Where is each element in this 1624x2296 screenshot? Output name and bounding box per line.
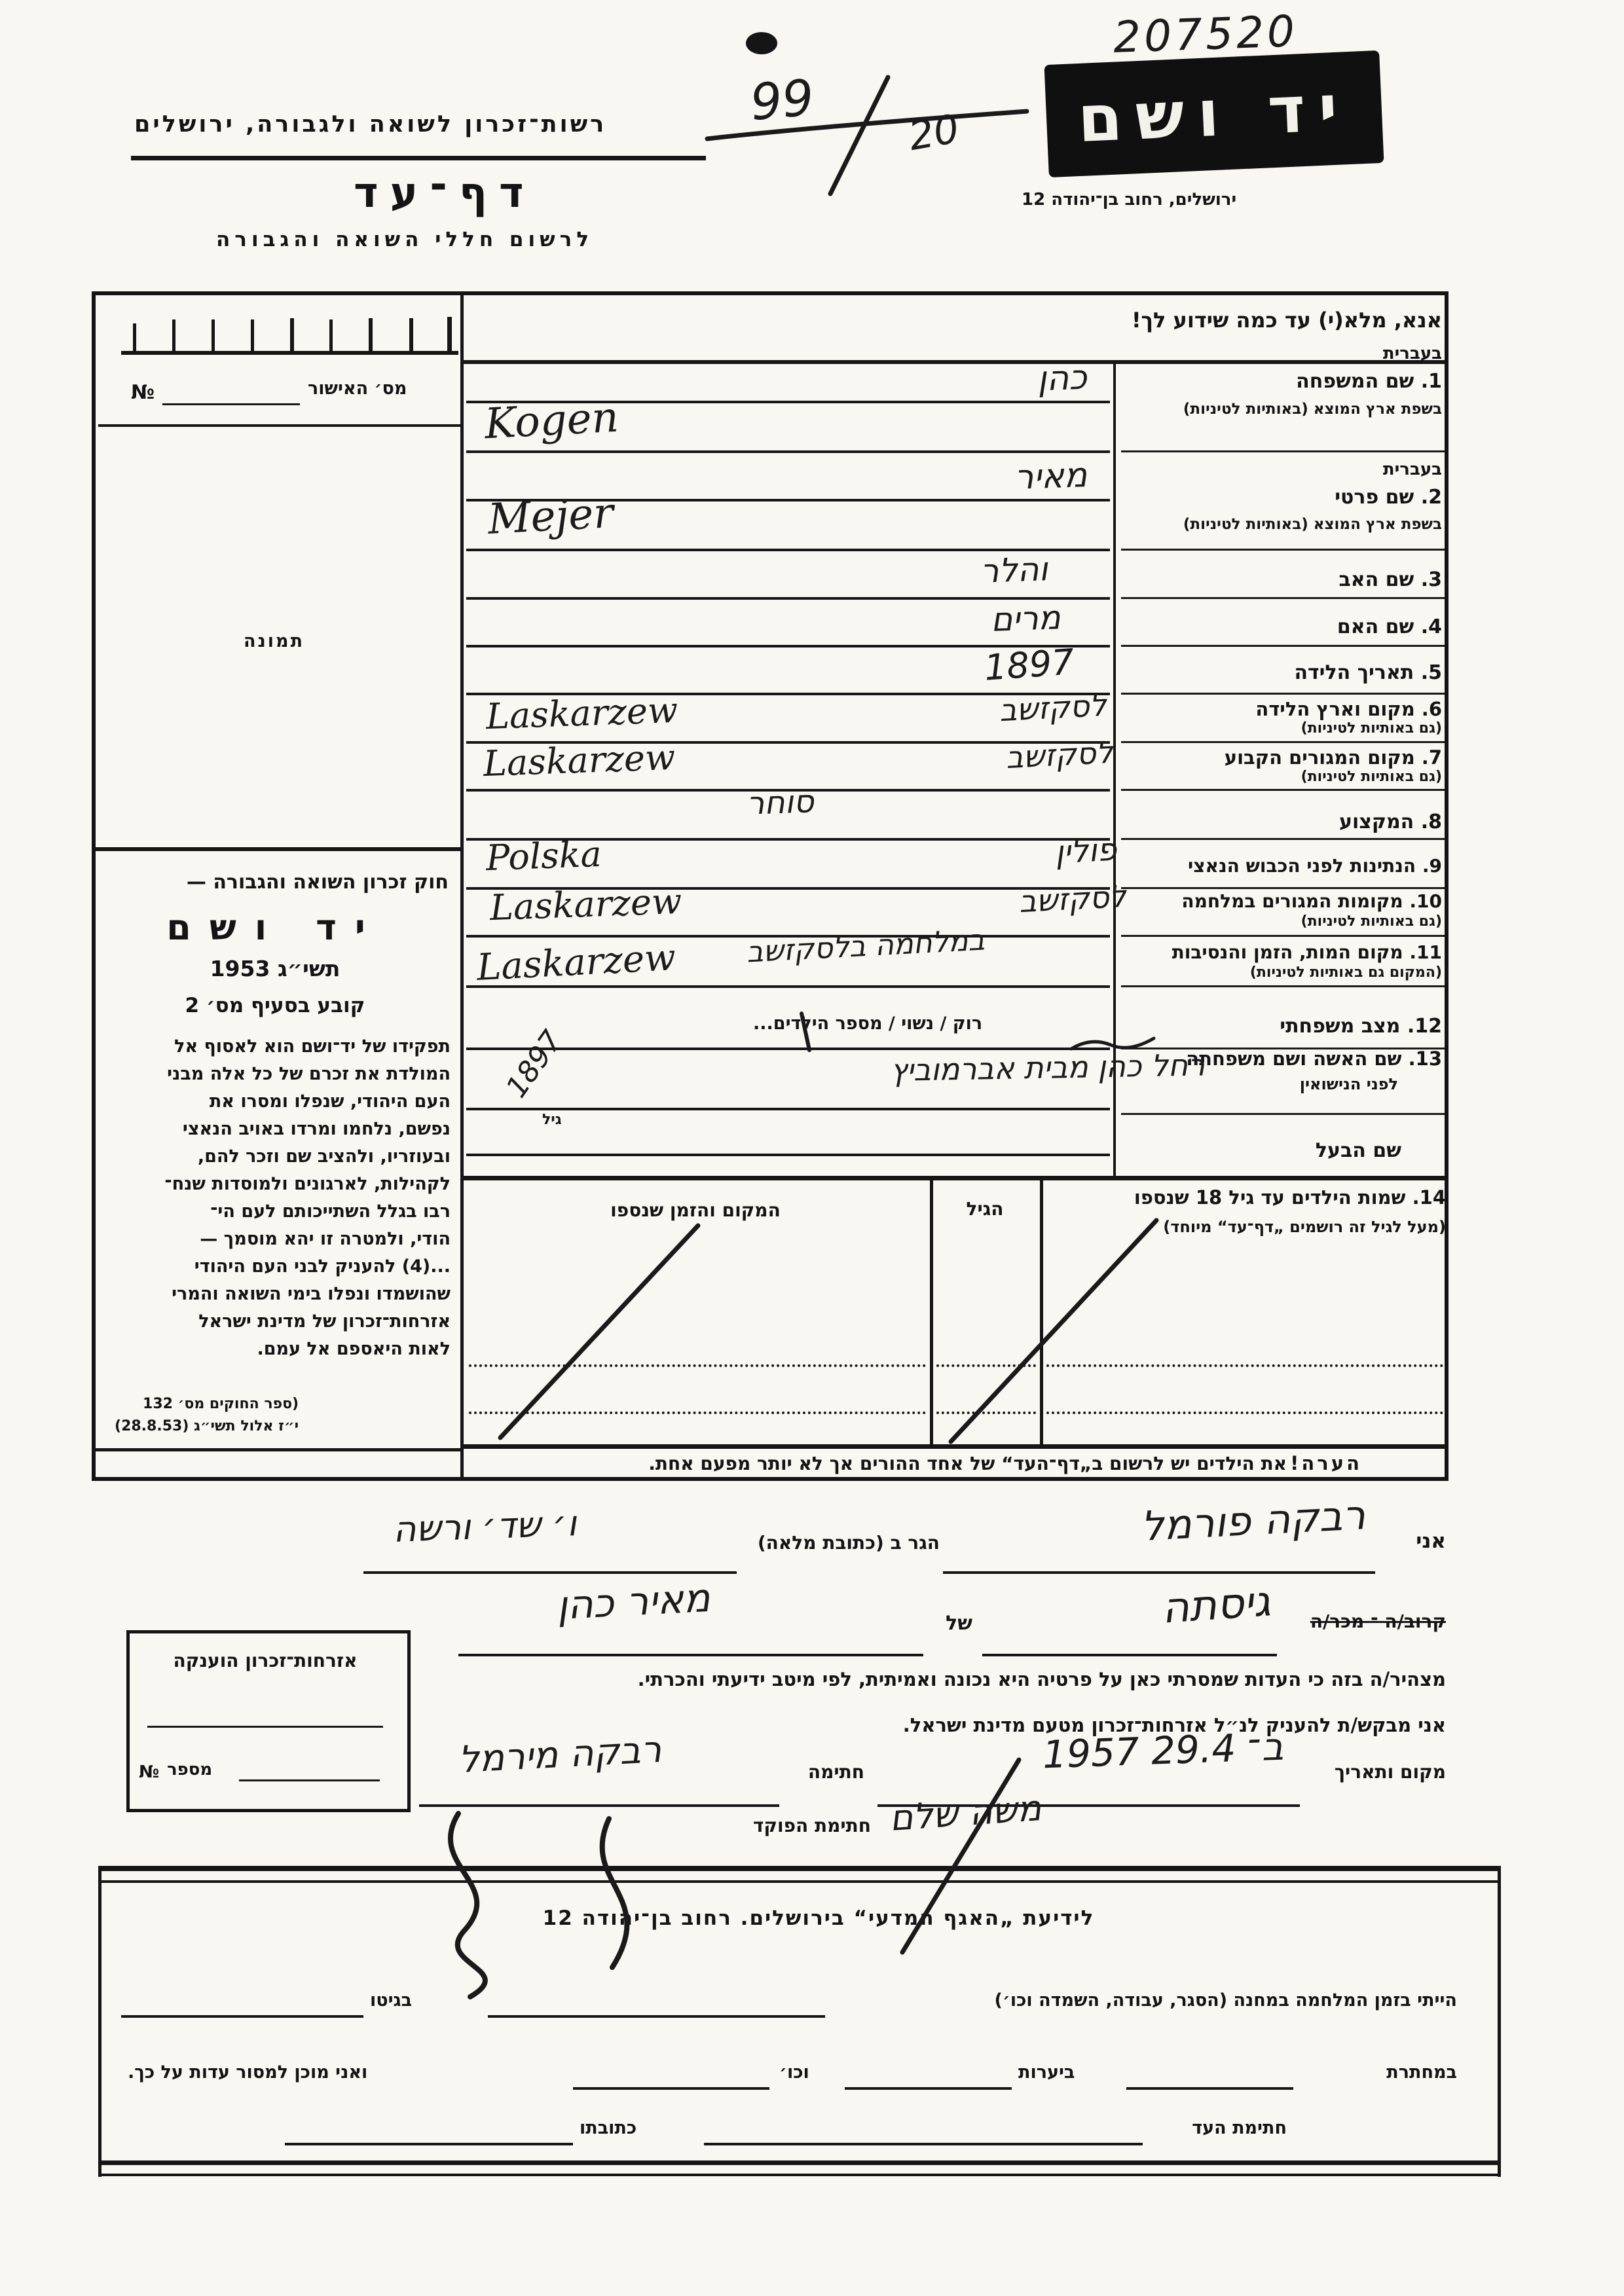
photo-row-underline xyxy=(98,424,460,427)
value-birthplace-hebrew: לסקזשב xyxy=(999,687,1107,728)
value-residence-hebrew: לסקזשב xyxy=(1005,735,1114,775)
value-residence-latin: Laskarzew xyxy=(483,737,676,784)
daf-ed-testimony-page: 207520 99 20 רשות־זכרון לשואה ולגבורה, י… xyxy=(0,0,1624,2296)
relation-blank xyxy=(982,1635,1277,1656)
grant-stamp-blank2 xyxy=(239,1761,380,1781)
photo-tick-strip xyxy=(121,318,458,354)
footer-camp-blank xyxy=(488,2009,825,2018)
witness-signature-handwritten: רבקה מירמל xyxy=(458,1728,663,1781)
entry-line-13b xyxy=(466,1135,1110,1156)
children-table-top-line xyxy=(462,1176,1445,1180)
field6-label: 6. מקום וארץ הלידה xyxy=(1255,698,1442,720)
intro-instruction: אנא, מלא(י) עד כמה שידוע לך! xyxy=(1132,308,1442,333)
value-first-name-hebrew: מאיר xyxy=(1014,456,1088,498)
footer-camp-label: הייתי בזמן המלחמה במחנה (הסגר, עבודה, הש… xyxy=(995,1990,1457,2011)
declaration-i-label: אני xyxy=(1416,1529,1446,1553)
photo-box-bottom-line xyxy=(92,847,462,851)
footer-ghetto-blank xyxy=(121,2009,363,2018)
footer-ghetto-label: בגיטו xyxy=(370,1990,412,2011)
law-name: יד ושם xyxy=(105,907,445,948)
victim-name-blank xyxy=(458,1635,923,1656)
grant-stamp-title: אזרחות־זכרון הוענקה xyxy=(131,1650,399,1671)
children-table-place-header: המקום והזמן שנספו xyxy=(466,1199,925,1221)
org-name: רשות־זכרון לשואה ולגבורה, ירושלים xyxy=(134,111,606,137)
ink-blob xyxy=(746,32,777,54)
relation-label-struck: קרוב/ה ־ מכר/ה xyxy=(1310,1611,1446,1632)
law-body-text: תפקידו של יד־ושם הוא לאסוף אל המולדת את … xyxy=(103,1033,451,1363)
note-text: את הילדים יש לרשום ב„דף־העד“ של אחד ההור… xyxy=(648,1453,1287,1474)
crossed-number-20: 20 xyxy=(906,106,963,160)
footer-address-blank xyxy=(285,2136,573,2145)
crossout-slash xyxy=(830,77,888,194)
footer-ready-label: ואני מוכן למסור עדות על כך. xyxy=(128,2062,367,2083)
footer-box-left-border xyxy=(98,1866,101,2177)
footer-forests-blank xyxy=(845,2081,1012,2090)
children-table-col-line-age-left xyxy=(930,1180,933,1447)
footer-witness-signature-label: חתימת העד xyxy=(1192,2118,1287,2138)
note-line: הערה! את הילדים יש לרשום ב„דף־העד“ של אח… xyxy=(648,1452,1362,1474)
note-lead: הערה! xyxy=(1290,1452,1362,1474)
value-family-name-hebrew: כהן xyxy=(1037,358,1088,399)
children-row1-place xyxy=(469,1346,926,1367)
footer-address-label: כתובתו xyxy=(580,2118,637,2138)
grant-stamp-number-symbol: № xyxy=(139,1762,159,1782)
field14-sublabel: (מעל לגיל זה רושמים „דף־עד“ מיוחד) xyxy=(1163,1218,1446,1236)
signature-blank xyxy=(419,1786,779,1807)
label-underline-5 xyxy=(1121,674,1445,695)
field7-label: 7. מקום המגורים הקבוע xyxy=(1225,746,1442,769)
label-underline-11 xyxy=(1121,967,1445,987)
label-underline-8 xyxy=(1121,820,1445,840)
children-table-age-header: הגיל xyxy=(932,1198,1037,1220)
declaration-of-label: של xyxy=(946,1612,972,1635)
photo-number-blank xyxy=(162,382,300,405)
intro-underline xyxy=(462,360,1445,364)
photo-number-label: מס׳ האישור xyxy=(308,378,407,399)
value-father-name: והלר xyxy=(980,550,1048,591)
victim-name-handwritten: מאיר כהן xyxy=(555,1575,711,1629)
declaration-resides-label: הגר ב (כתובת מלאה) xyxy=(758,1532,940,1554)
footer-etc-label: וכו׳ xyxy=(779,2062,809,2083)
law-clause: קובע בסעיף מס׳ 2 xyxy=(105,994,445,1017)
grant-stamp-number-label: מספר xyxy=(167,1760,212,1779)
value-wartime-residence-latin: Laskarzew xyxy=(489,881,682,928)
children-table-col-line-age-right xyxy=(1040,1180,1043,1447)
entry-line-13 xyxy=(466,1089,1110,1110)
org-address: ירושלים, רחוב בן־יהודה 12 xyxy=(1022,190,1236,210)
footer-box-top-line-1 xyxy=(98,1866,1501,1871)
value-birth-year: 1897 xyxy=(983,641,1075,688)
field1-sublabel: בשפת ארץ המוצא (באותיות לטיניות) xyxy=(1183,401,1442,418)
children-row2-place xyxy=(469,1393,926,1414)
footer-box-bottom-line-2 xyxy=(98,2174,1501,2176)
label-underline-3 xyxy=(1121,579,1445,599)
declarant-name-blank xyxy=(943,1553,1375,1574)
footer-title: לידיעת „האגף המדעי“ בירושלים. רחוב בן־יה… xyxy=(229,1906,1408,1930)
children-row2-age xyxy=(936,1393,1036,1414)
place-date-handwritten: ב־ 29.4 1957 xyxy=(1042,1724,1284,1777)
footer-underground-blank xyxy=(1126,2081,1293,2090)
label-underline-13 xyxy=(1121,1095,1445,1115)
footer-box-bottom-line-1 xyxy=(98,2160,1501,2165)
grant-stamp-blank1 xyxy=(147,1707,383,1728)
field13-label: 13. שם האשה ושם משפחתה xyxy=(1186,1048,1442,1070)
yad-vashem-stamp-text: יד ושם xyxy=(1076,71,1352,157)
value-profession: סוחר xyxy=(746,783,815,822)
husband-label: שם הבעל xyxy=(1316,1139,1401,1162)
label-underline-2 xyxy=(1121,530,1445,551)
children-row1-age xyxy=(936,1346,1036,1367)
field11-label: 11. מקום המות, הזמן והנסיבות xyxy=(1172,941,1442,963)
left-column-divider xyxy=(460,291,464,1480)
law-title: חוק זכרון השואה והגבורה — xyxy=(108,871,449,894)
children-row2-name xyxy=(1046,1393,1443,1414)
field1-label: 1. שם המשפחה xyxy=(1296,370,1442,393)
value-mother-name: מרים xyxy=(990,598,1061,639)
relation-handwritten: גיסתה xyxy=(1160,1577,1272,1633)
value-wartime-residence-hebrew: לסקזשב xyxy=(1018,879,1127,919)
footer-etc-blank xyxy=(573,2081,769,2090)
label-underline-6 xyxy=(1121,723,1445,743)
signature-label: חתימה xyxy=(808,1761,864,1783)
marital-status-options: רוק / נשוי / מספר הילדים... xyxy=(753,1013,982,1034)
footer-underground-label: במחתרת xyxy=(1386,2062,1457,2083)
field2-language-tag: בעברית xyxy=(1383,460,1442,479)
value-first-name-latin: Mejer xyxy=(487,489,614,544)
form-title: דף־עד xyxy=(354,169,536,217)
law-source: (ספר החוקים מס׳ 132 י״ז אלול תשי״ג (28.8… xyxy=(115,1393,299,1438)
children-row1-name xyxy=(1046,1346,1443,1367)
footer-forests-label: ביערות xyxy=(1018,2062,1075,2083)
org-underline xyxy=(131,156,706,160)
declarant-address-handwritten: ו׳ שד׳ ורשה xyxy=(392,1503,577,1550)
field14-label: 14. שמות הילדים עד גיל 18 שנספו xyxy=(1134,1186,1446,1209)
footer-box-right-border xyxy=(1498,1866,1501,2177)
field2-label: 2. שם פרטי xyxy=(1335,486,1442,509)
field1-language-tag: בעברית xyxy=(1383,344,1442,363)
registry-number-handwritten: 207520 xyxy=(1113,6,1299,63)
footer-witness-signature-blank xyxy=(704,2136,1143,2145)
crossed-number-99: 99 xyxy=(748,68,816,132)
field13-sublabel: לפני הנישואין xyxy=(1300,1075,1398,1093)
yad-vashem-stamp: יד ושם xyxy=(1044,50,1384,177)
children-table-bottom-line xyxy=(462,1444,1445,1449)
label-underline-12 xyxy=(1121,1029,1445,1049)
value-citizenship-latin: Polska xyxy=(485,833,602,879)
law-year: תשי״ג 1953 xyxy=(105,956,445,981)
wife-age-printed-label: גיל xyxy=(542,1112,562,1128)
label-underline-10 xyxy=(1121,917,1445,937)
label-underline-7 xyxy=(1121,771,1445,791)
footer-box-top-line-2 xyxy=(98,1880,1501,1883)
certify-statement: מצהיר/ה בזה כי העדות שמסרתי כאן על פרטיה… xyxy=(638,1668,1446,1690)
value-birthplace-latin: Laskarzew xyxy=(485,689,678,737)
label-underline-1 xyxy=(1121,432,1445,452)
signature-scribble xyxy=(451,1813,627,1997)
declarant-address-blank xyxy=(363,1553,737,1574)
photo-caption: תמונה xyxy=(244,631,304,651)
declarant-name-handwritten: רבקה פורמל xyxy=(1139,1491,1366,1550)
field10-label: 10. מקומות המגורים במלחמה xyxy=(1181,890,1442,912)
law-box-bottom-line xyxy=(92,1448,462,1451)
value-family-name-latin: Kogen xyxy=(483,393,619,449)
value-citizenship-hebrew: פולין xyxy=(1054,831,1117,871)
label-underline-9 xyxy=(1121,869,1445,889)
clerk-signature-label: חתימת הפוקד xyxy=(753,1815,871,1836)
label-underline-4 xyxy=(1121,627,1445,647)
photo-number-symbol: № xyxy=(131,381,155,404)
form-subtitle: לרשום חללי השואה והגבורה xyxy=(216,228,593,251)
place-date-label: מקום ותאריך xyxy=(1335,1761,1446,1783)
